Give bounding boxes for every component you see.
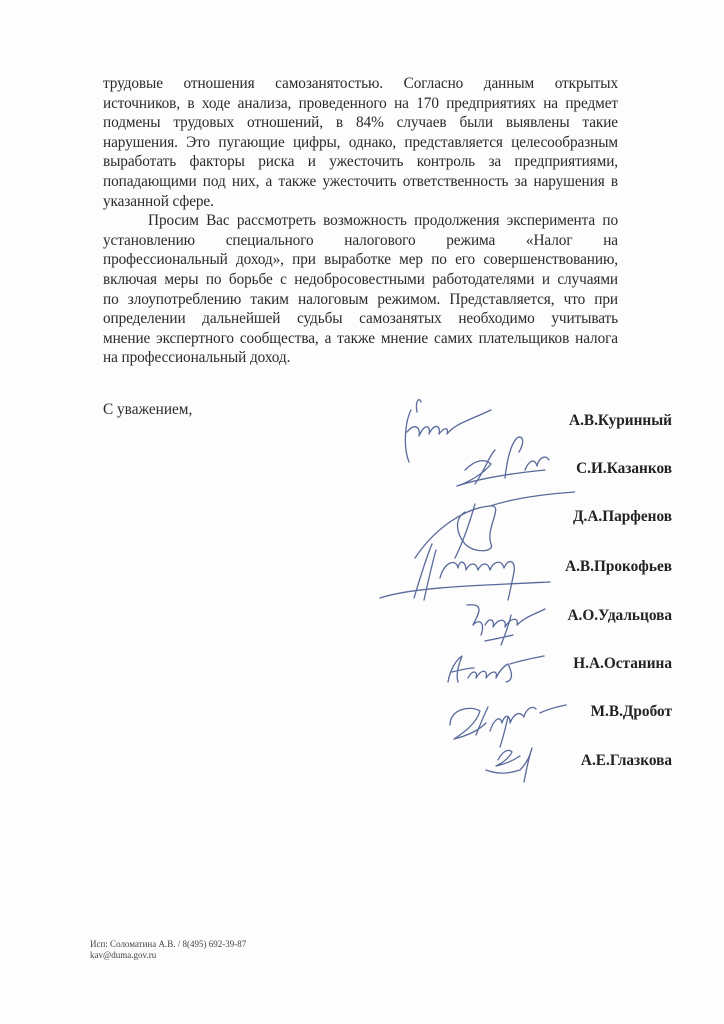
signature-ostanina-icon xyxy=(438,650,548,690)
executor-footer: Исп: Соломатина А.В. / 8(495) 692-39-87 … xyxy=(90,939,246,961)
signer-name-1: А.В.Куринный xyxy=(569,412,672,430)
executor-contact: Исп: Соломатина А.В. / 8(495) 692-39-87 xyxy=(90,939,246,950)
signature-glazkova-icon xyxy=(478,730,558,785)
signature-udaltsova-icon xyxy=(455,595,565,655)
signer-name-5: А.О.Удальцова xyxy=(567,607,672,625)
signer-name-8: А.Е.Глазкова xyxy=(581,752,672,770)
signature-block: А.В.Куринный С.И.Казанков Д.А.Парфенов А… xyxy=(0,0,724,1024)
signer-name-6: Н.А.Останина xyxy=(573,655,672,673)
signer-name-7: М.В.Дробот xyxy=(591,703,672,721)
letter-page: трудовые отношения самозанятостью. Согла… xyxy=(0,0,724,1024)
signer-name-2: С.И.Казанков xyxy=(576,460,672,478)
signer-name-3: Д.А.Парфенов xyxy=(573,508,672,526)
signer-name-4: А.В.Прокофьев xyxy=(565,558,672,576)
executor-email: kav@duma.gov.ru xyxy=(90,950,246,961)
